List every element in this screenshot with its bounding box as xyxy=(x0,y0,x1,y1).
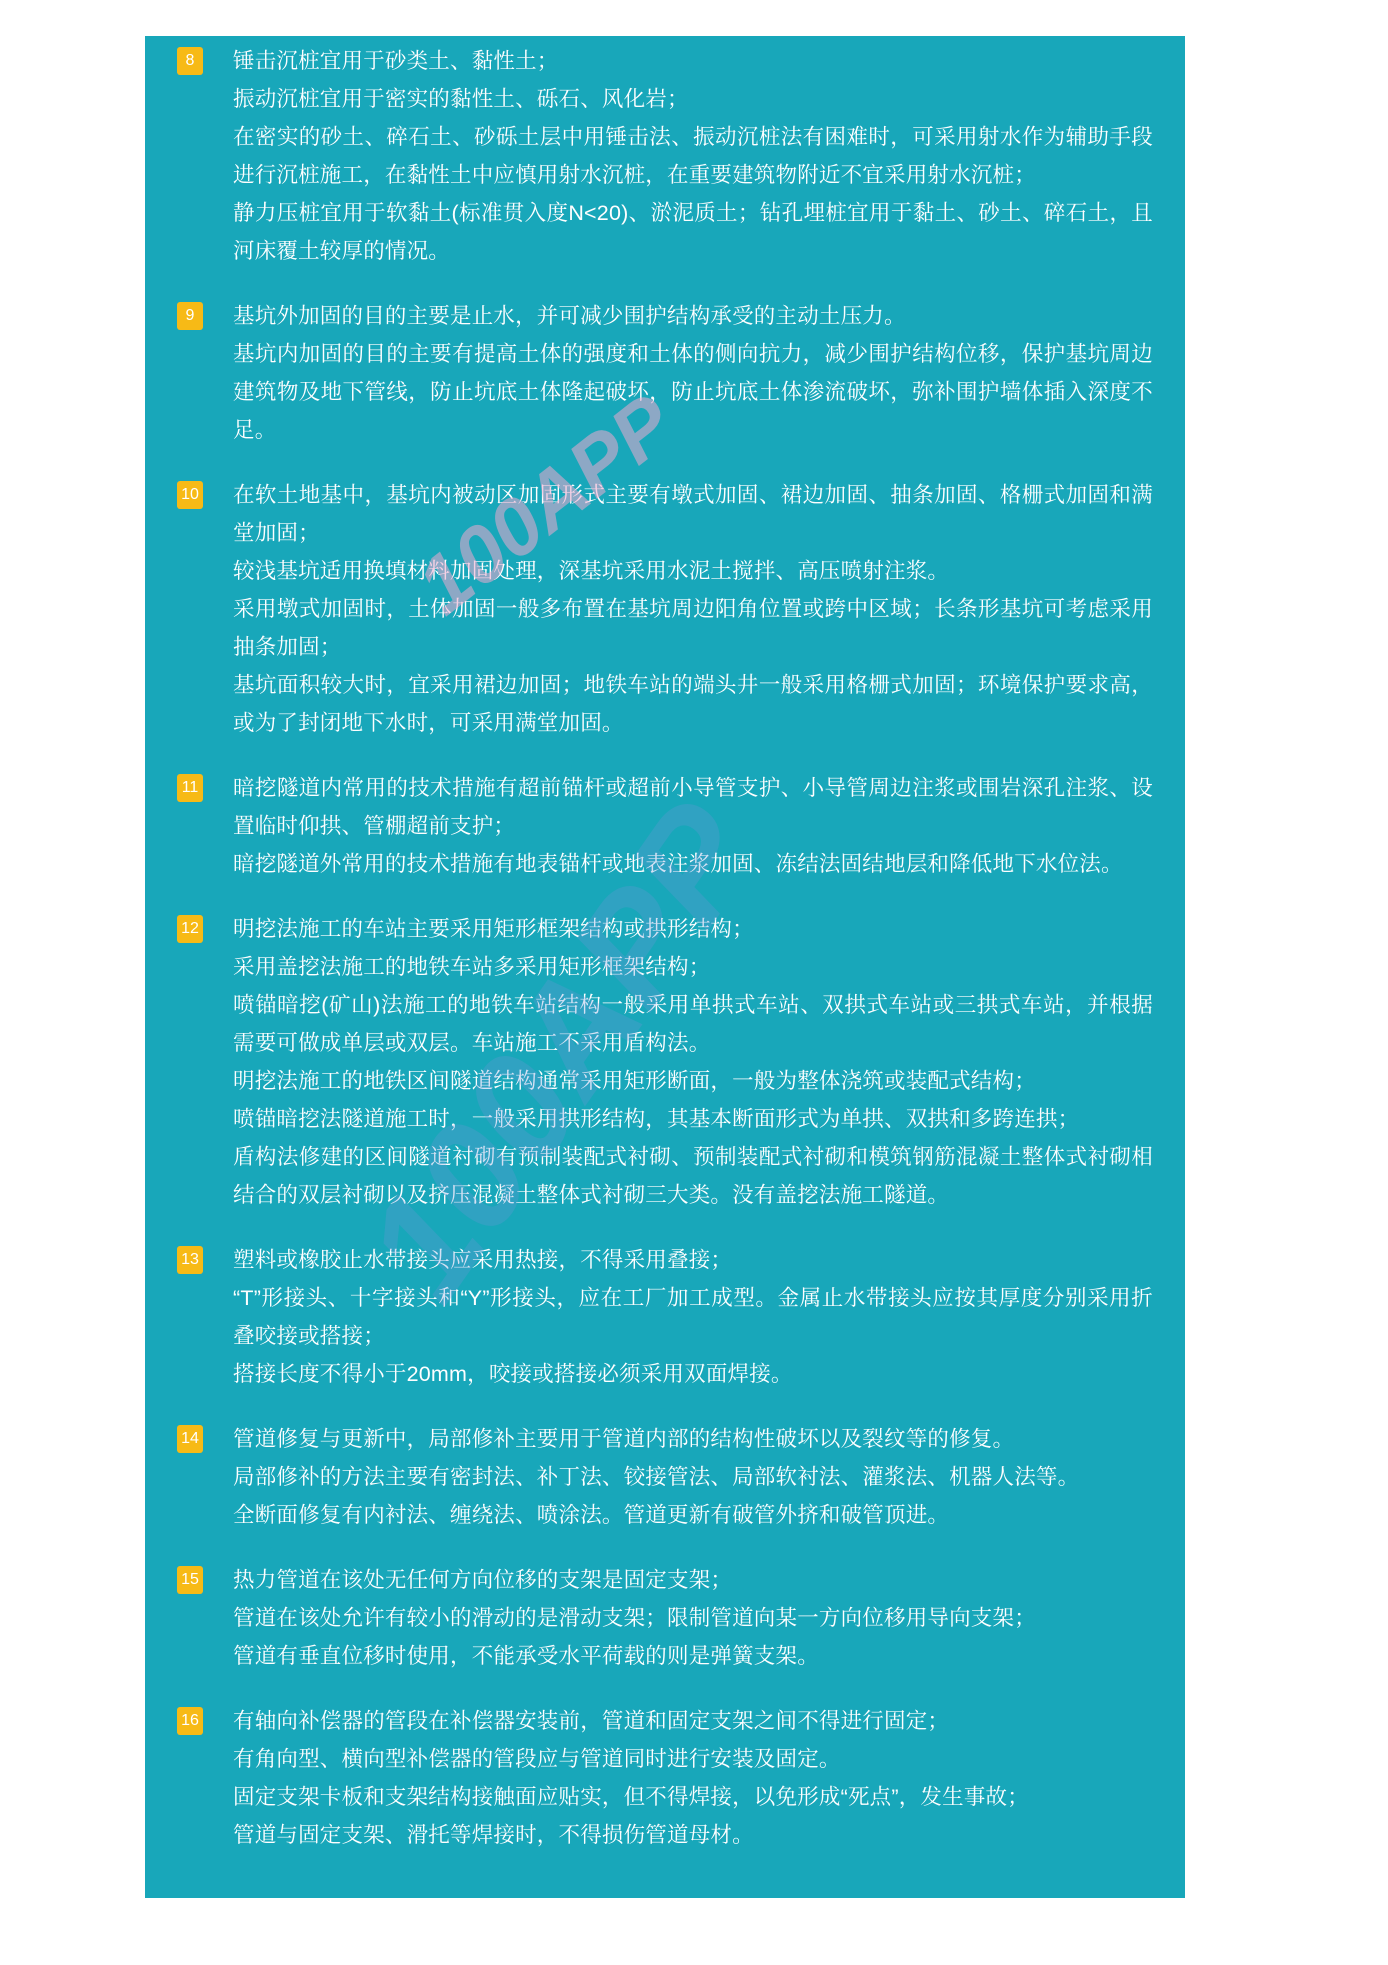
item-number-badge: 9 xyxy=(177,302,203,330)
item-paragraph: 有轴向补偿器的管段在补偿器安装前，管道和固定支架之间不得进行固定； xyxy=(233,1702,1153,1740)
list-item: 14管道修复与更新中，局部修补主要用于管道内部的结构性破坏以及裂纹等的修复。局部… xyxy=(177,1420,1185,1534)
list-item: 16有轴向补偿器的管段在补偿器安装前，管道和固定支架之间不得进行固定；有角向型、… xyxy=(177,1702,1185,1854)
item-paragraphs: 热力管道在该处无任何方向位移的支架是固定支架；管道在该处允许有较小的滑动的是滑动… xyxy=(233,1561,1153,1675)
list-item: 8锤击沉桩宜用于砂类土、黏性土；振动沉桩宜用于密实的黏性土、砾石、风化岩；在密实… xyxy=(177,42,1185,270)
item-number-badge: 11 xyxy=(177,774,203,802)
page: 8锤击沉桩宜用于砂类土、黏性土；振动沉桩宜用于密实的黏性土、砾石、风化岩；在密实… xyxy=(0,0,1388,1965)
item-paragraphs: 管道修复与更新中，局部修补主要用于管道内部的结构性破坏以及裂纹等的修复。局部修补… xyxy=(233,1420,1153,1534)
item-paragraphs: 在软土地基中，基坑内被动区加固形式主要有墩式加固、裙边加固、抽条加固、格栅式加固… xyxy=(233,476,1153,742)
item-paragraph: 振动沉桩宜用于密实的黏性土、砾石、风化岩； xyxy=(233,80,1153,118)
item-number-badge: 13 xyxy=(177,1246,203,1274)
item-paragraph: 管道有垂直位移时使用，不能承受水平荷载的则是弹簧支架。 xyxy=(233,1637,1153,1675)
item-paragraph: 局部修补的方法主要有密封法、补丁法、铰接管法、局部软衬法、灌浆法、机器人法等。 xyxy=(233,1458,1153,1496)
item-paragraph: 在软土地基中，基坑内被动区加固形式主要有墩式加固、裙边加固、抽条加固、格栅式加固… xyxy=(233,476,1153,552)
item-number-badge: 12 xyxy=(177,915,203,943)
item-number-badge: 15 xyxy=(177,1566,203,1594)
item-paragraph: 基坑外加固的目的主要是止水，并可减少围护结构承受的主动土压力。 xyxy=(233,297,1153,335)
item-paragraphs: 基坑外加固的目的主要是止水，并可减少围护结构承受的主动土压力。基坑内加固的目的主… xyxy=(233,297,1153,449)
item-paragraph: “T”形接头、十字接头和“Y”形接头，应在工厂加工成型。金属止水带接头应按其厚度… xyxy=(233,1279,1153,1355)
item-paragraph: 明挖法施工的车站主要采用矩形框架结构或拱形结构； xyxy=(233,910,1153,948)
item-paragraph: 采用墩式加固时，土体加固一般多布置在基坑周边阳角位置或跨中区域；长条形基坑可考虑… xyxy=(233,590,1153,666)
items-container: 8锤击沉桩宜用于砂类土、黏性土；振动沉桩宜用于密实的黏性土、砾石、风化岩；在密实… xyxy=(177,42,1185,1854)
item-paragraph: 管道与固定支架、滑托等焊接时，不得损伤管道母材。 xyxy=(233,1816,1153,1854)
list-item: 10在软土地基中，基坑内被动区加固形式主要有墩式加固、裙边加固、抽条加固、格栅式… xyxy=(177,476,1185,742)
item-paragraph: 管道修复与更新中，局部修补主要用于管道内部的结构性破坏以及裂纹等的修复。 xyxy=(233,1420,1153,1458)
item-paragraph: 盾构法修建的区间隧道衬砌有预制装配式衬砌、预制装配式衬砌和模筑钢筋混凝土整体式衬… xyxy=(233,1138,1153,1214)
document-panel: 8锤击沉桩宜用于砂类土、黏性土；振动沉桩宜用于密实的黏性土、砾石、风化岩；在密实… xyxy=(145,36,1185,1898)
item-paragraph: 塑料或橡胶止水带接头应采用热接，不得采用叠接； xyxy=(233,1241,1153,1279)
item-paragraph: 暗挖隧道内常用的技术措施有超前锚杆或超前小导管支护、小导管周边注浆或围岩深孔注浆… xyxy=(233,769,1153,845)
item-paragraph: 基坑内加固的目的主要有提高土体的强度和土体的侧向抗力，减少围护结构位移，保护基坑… xyxy=(233,335,1153,449)
list-item: 9基坑外加固的目的主要是止水，并可减少围护结构承受的主动土压力。基坑内加固的目的… xyxy=(177,297,1185,449)
item-paragraph: 热力管道在该处无任何方向位移的支架是固定支架； xyxy=(233,1561,1153,1599)
item-paragraph: 搭接长度不得小于20mm，咬接或搭接必须采用双面焊接。 xyxy=(233,1355,1153,1393)
list-item: 11暗挖隧道内常用的技术措施有超前锚杆或超前小导管支护、小导管周边注浆或围岩深孔… xyxy=(177,769,1185,883)
item-paragraphs: 有轴向补偿器的管段在补偿器安装前，管道和固定支架之间不得进行固定；有角向型、横向… xyxy=(233,1702,1153,1854)
item-number-badge: 14 xyxy=(177,1425,203,1453)
item-paragraph: 有角向型、横向型补偿器的管段应与管道同时进行安装及固定。 xyxy=(233,1740,1153,1778)
item-paragraph: 暗挖隧道外常用的技术措施有地表锚杆或地表注浆加固、冻结法固结地层和降低地下水位法… xyxy=(233,845,1153,883)
item-paragraphs: 明挖法施工的车站主要采用矩形框架结构或拱形结构；采用盖挖法施工的地铁车站多采用矩… xyxy=(233,910,1153,1214)
item-paragraph: 静力压桩宜用于软黏土(标准贯入度N<20)、淤泥质土；钻孔埋桩宜用于黏土、砂土、… xyxy=(233,194,1153,270)
item-paragraph: 锤击沉桩宜用于砂类土、黏性土； xyxy=(233,42,1153,80)
item-paragraph: 喷锚暗挖法隧道施工时，一般采用拱形结构，其基本断面形式为单拱、双拱和多跨连拱； xyxy=(233,1100,1153,1138)
item-paragraph: 较浅基坑适用换填材料加固处理，深基坑采用水泥土搅拌、高压喷射注浆。 xyxy=(233,552,1153,590)
item-number-badge: 8 xyxy=(177,47,203,75)
item-paragraph: 采用盖挖法施工的地铁车站多采用矩形框架结构； xyxy=(233,948,1153,986)
item-paragraph: 固定支架卡板和支架结构接触面应贴实，但不得焊接，以免形成“死点”，发生事故； xyxy=(233,1778,1153,1816)
item-paragraph: 管道在该处允许有较小的滑动的是滑动支架；限制管道向某一方向位移用导向支架； xyxy=(233,1599,1153,1637)
item-paragraph: 全断面修复有内衬法、缠绕法、喷涂法。管道更新有破管外挤和破管顶进。 xyxy=(233,1496,1153,1534)
item-paragraph: 喷锚暗挖(矿山)法施工的地铁车站结构一般采用单拱式车站、双拱式车站或三拱式车站，… xyxy=(233,986,1153,1062)
item-paragraph: 基坑面积较大时，宜采用裙边加固；地铁车站的端头井一般采用格栅式加固；环境保护要求… xyxy=(233,666,1153,742)
item-number-badge: 10 xyxy=(177,481,203,509)
item-paragraph: 在密实的砂土、碎石土、砂砾土层中用锤击法、振动沉桩法有困难时，可采用射水作为辅助… xyxy=(233,118,1153,194)
item-paragraph: 明挖法施工的地铁区间隧道结构通常采用矩形断面，一般为整体浇筑或装配式结构； xyxy=(233,1062,1153,1100)
list-item: 13塑料或橡胶止水带接头应采用热接，不得采用叠接；“T”形接头、十字接头和“Y”… xyxy=(177,1241,1185,1393)
item-paragraphs: 暗挖隧道内常用的技术措施有超前锚杆或超前小导管支护、小导管周边注浆或围岩深孔注浆… xyxy=(233,769,1153,883)
list-item: 12明挖法施工的车站主要采用矩形框架结构或拱形结构；采用盖挖法施工的地铁车站多采… xyxy=(177,910,1185,1214)
item-paragraphs: 锤击沉桩宜用于砂类土、黏性土；振动沉桩宜用于密实的黏性土、砾石、风化岩；在密实的… xyxy=(233,42,1153,270)
list-item: 15热力管道在该处无任何方向位移的支架是固定支架；管道在该处允许有较小的滑动的是… xyxy=(177,1561,1185,1675)
item-paragraphs: 塑料或橡胶止水带接头应采用热接，不得采用叠接；“T”形接头、十字接头和“Y”形接… xyxy=(233,1241,1153,1393)
item-number-badge: 16 xyxy=(177,1707,203,1735)
